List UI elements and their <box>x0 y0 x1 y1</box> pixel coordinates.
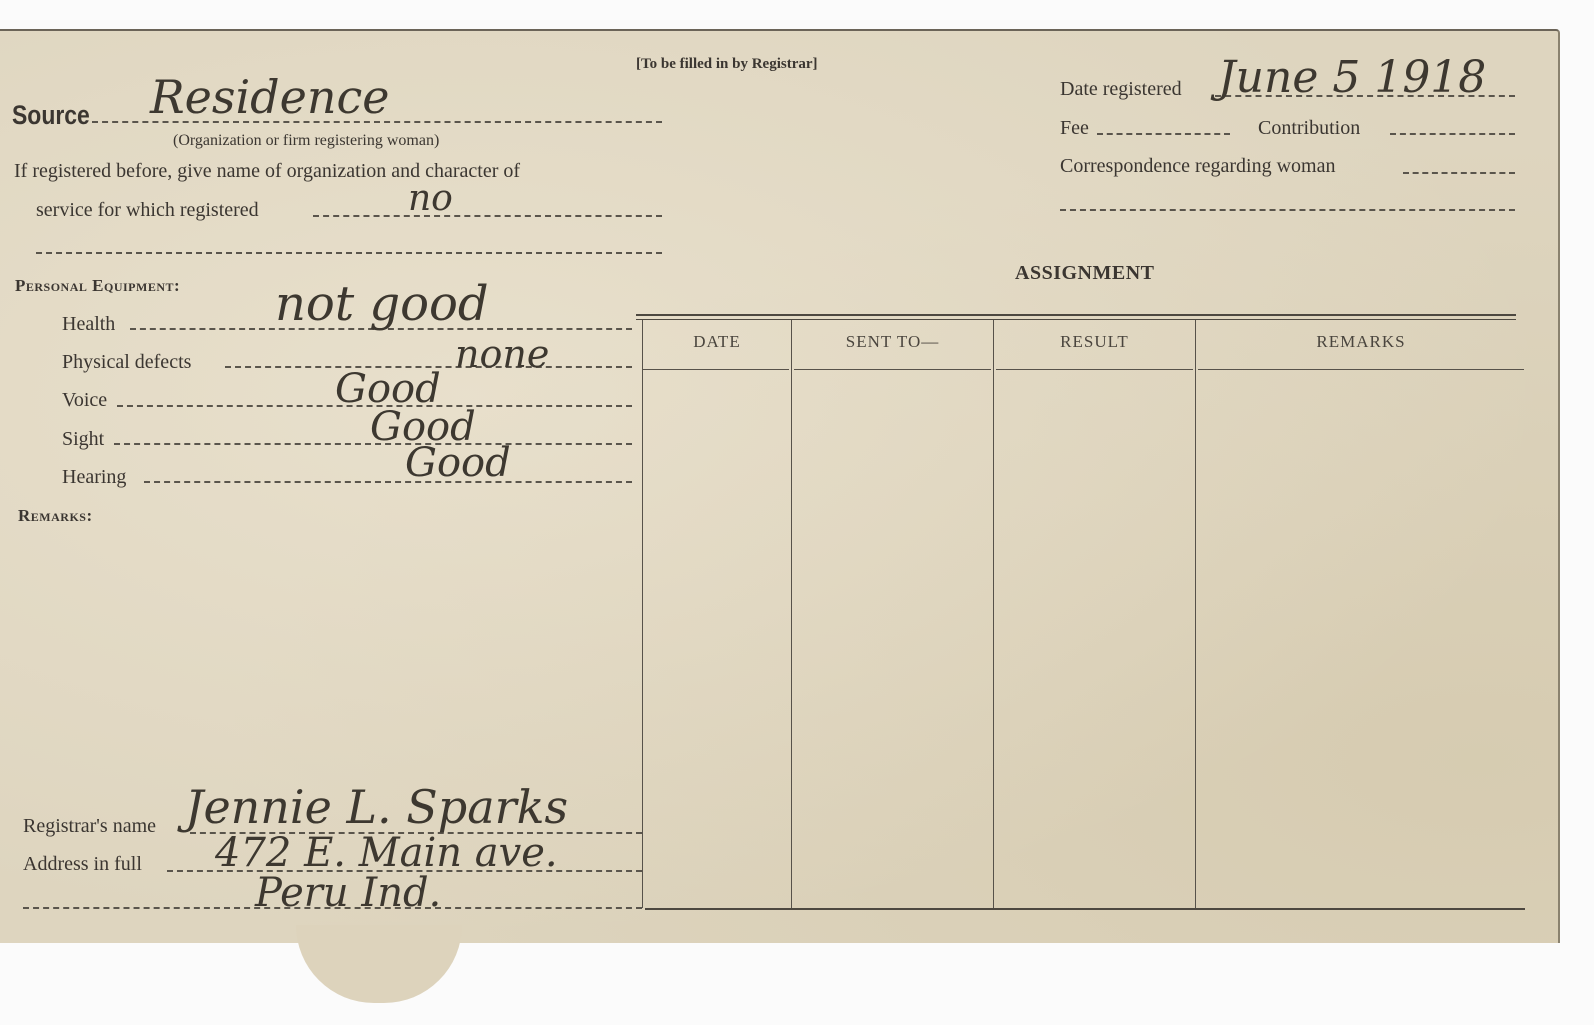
fee-line <box>1097 133 1230 135</box>
table-col-border-0 <box>642 320 643 908</box>
fee-label: Fee <box>1060 117 1089 140</box>
sight-label: Sight <box>62 428 104 451</box>
header-underline-remarks <box>1198 369 1524 370</box>
table-col-border-2 <box>993 320 994 908</box>
source-label: Source <box>12 100 90 131</box>
hearing-label: Hearing <box>62 466 126 489</box>
col-header-date: DATE <box>643 332 791 352</box>
registrar-note: [To be filled in by Registrar] <box>636 56 818 73</box>
voice-label: Voice <box>62 389 107 412</box>
assignment-title: ASSIGNMENT <box>1015 262 1154 285</box>
header-underline-result <box>996 369 1193 370</box>
header-underline-date <box>643 369 789 370</box>
header-underline-sent-to <box>794 369 991 370</box>
prev-registered-line-2 <box>36 252 662 254</box>
correspondence-label: Correspondence regarding woman <box>1060 155 1335 178</box>
health-label: Health <box>62 313 115 336</box>
hearing-line <box>144 481 632 483</box>
source-value[interactable]: Residence <box>150 70 389 124</box>
table-col-border-1 <box>791 320 792 908</box>
contribution-line <box>1390 133 1515 135</box>
prev-registered-label-2: service for which registered <box>36 199 259 222</box>
contribution-label: Contribution <box>1258 117 1360 140</box>
col-header-sent-to: SENT TO— <box>792 332 993 352</box>
table-top-rule-1 <box>636 314 1516 316</box>
prev-registered-line <box>313 215 662 217</box>
source-caption: (Organization or firm registering woman) <box>173 132 439 150</box>
physical-defects-value[interactable]: none <box>455 332 549 376</box>
correspondence-line <box>1403 172 1515 174</box>
registrar-name-label: Registrar's name <box>23 815 156 838</box>
table-col-border-3 <box>1195 320 1196 908</box>
correspondence-line-2 <box>1060 209 1515 211</box>
date-registered-value[interactable]: June 5 1918 <box>1218 52 1486 103</box>
card-index-tab <box>296 925 462 1003</box>
physical-defects-label: Physical defects <box>62 351 191 374</box>
prev-registered-value[interactable]: no <box>408 178 453 219</box>
address-line-2 <box>23 907 642 909</box>
table-bottom-rule <box>645 908 1525 910</box>
remarks-label: Remarks: <box>18 506 93 526</box>
hearing-value[interactable]: Good <box>405 440 511 486</box>
table-top-rule-2 <box>636 319 1516 320</box>
registrar-name-value[interactable]: Jennie L. Sparks <box>185 780 568 834</box>
col-header-remarks: REMARKS <box>1196 332 1526 352</box>
address-value-2[interactable]: Peru Ind. <box>255 870 441 916</box>
personal-equipment-label: Personal Equipment: <box>15 276 180 296</box>
address-label: Address in full <box>23 853 142 876</box>
col-header-result: RESULT <box>994 332 1195 352</box>
health-value[interactable]: not good <box>275 276 489 332</box>
date-registered-label: Date registered <box>1060 78 1182 101</box>
